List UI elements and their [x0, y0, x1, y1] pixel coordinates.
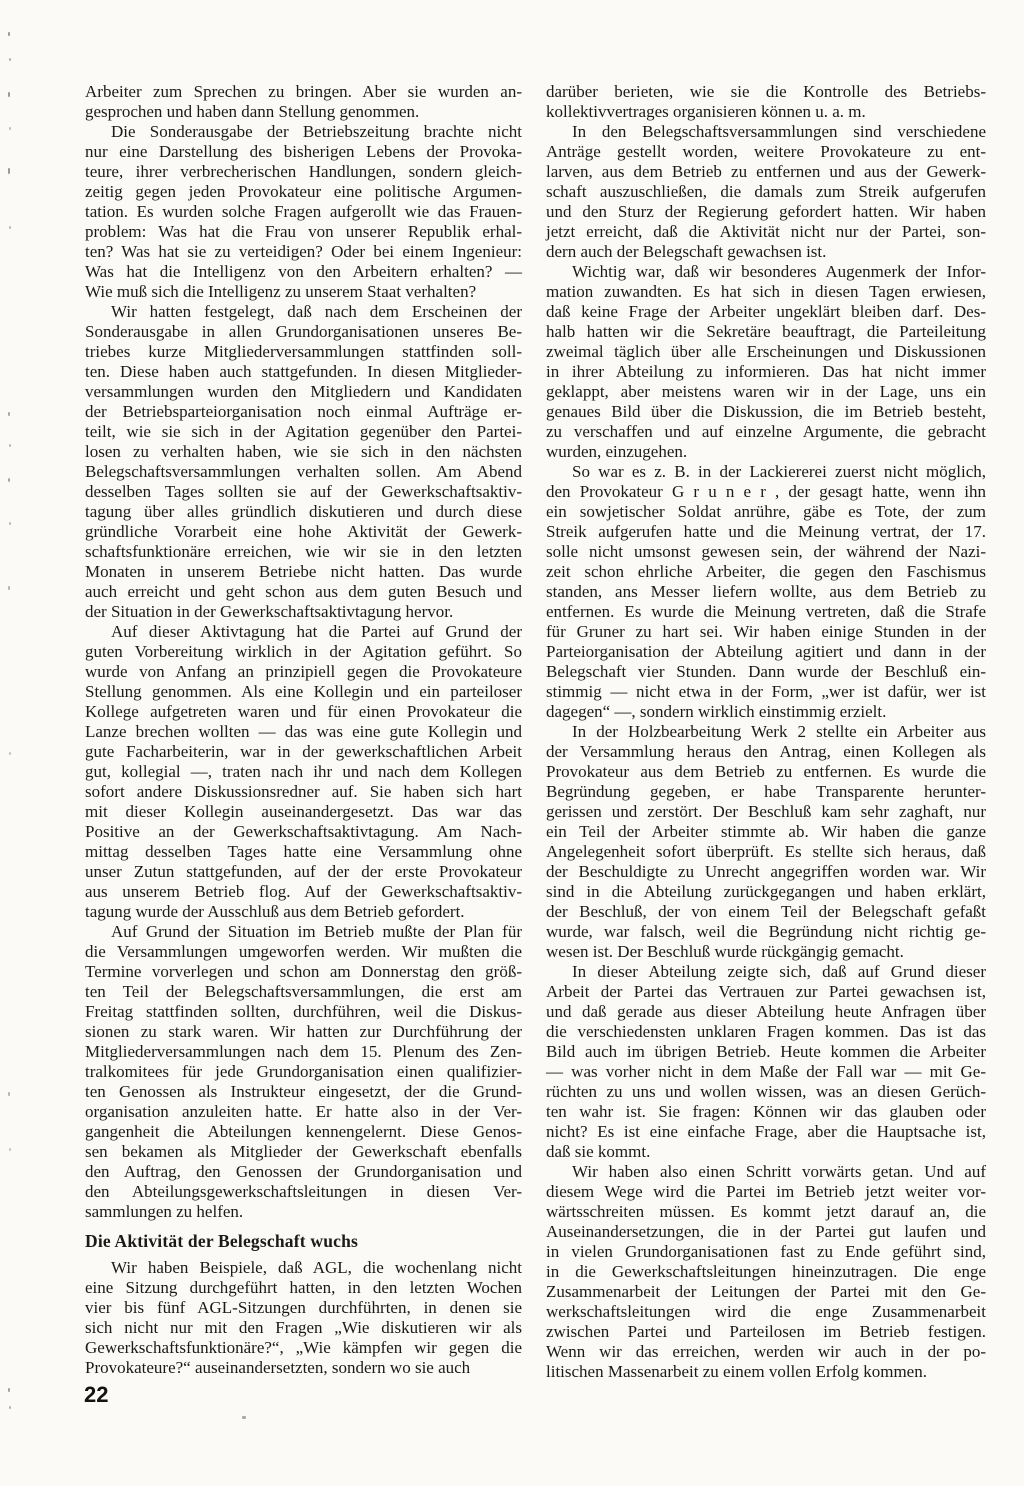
text-line: Auf dieser Aktivtagung hat die Partei au… — [85, 622, 522, 642]
text-line: ten Genossen als Instrukteur eingesetzt,… — [85, 1082, 522, 1102]
text-line: werkschaftsleitungen wird die enge Zusam… — [546, 1302, 986, 1322]
right-text-column: darüber berieten, wie sie die Kontrolle … — [546, 82, 986, 1382]
section-heading: Die Aktivität der Belegschaft wuchs — [85, 1231, 522, 1252]
text-line: mittag desselben Tages hatte eine Versam… — [85, 842, 522, 862]
paragraph: Wir haben Beispiele, daß AGL, die wochen… — [85, 1258, 522, 1378]
text-line: der Versammlung heraus den Antrag, einen… — [546, 742, 986, 762]
text-line: zeitig gegen jeden Provokateur eine poli… — [85, 182, 522, 202]
text-line: gerissen und zerstört. Der Beschluß kam … — [546, 802, 986, 822]
text-line: guten Vorbereitung wirklich in der Agita… — [85, 642, 522, 662]
text-line: Freitag stattfinden sollten, durchführen… — [85, 1002, 522, 1022]
text-line: jetzt erreicht, daß die Aktivität nicht … — [546, 222, 986, 242]
scan-speck — [8, 92, 10, 97]
text-line: halb hatten wir die Sekretäre beauftragt… — [546, 322, 986, 342]
text-line: In den Belegschaftsversammlungen sind ve… — [546, 122, 986, 142]
text-line: wurde, war falsch, weil die Begründung n… — [546, 922, 986, 942]
text-line: entfernen. Es wurde die Meinung vertrete… — [546, 602, 986, 622]
text-line: zweimal täglich über alle Erscheinungen … — [546, 342, 986, 362]
text-line: tagung wurde der Ausschluß aus dem Betri… — [85, 902, 522, 922]
text-line: — was vorher nicht in dem Maße der Fall … — [546, 1062, 986, 1082]
scan-speck — [8, 478, 10, 482]
paragraph: In dieser Abteilung zeigte sich, daß auf… — [546, 962, 986, 1162]
text-line: Belegschaft vier Stunden. Dann wurde der… — [546, 662, 986, 682]
text-line: problem: Was hat die Frau von unserer Re… — [85, 222, 522, 242]
text-line: in vielen Grundorganisationen fast zu En… — [546, 1242, 986, 1262]
scan-speck — [9, 522, 11, 525]
text-line: solle nicht umsonst gewesen sein, der wä… — [546, 542, 986, 562]
scan-speck — [9, 752, 11, 755]
text-line: Monaten in unserem Betriebe nicht hatten… — [85, 562, 522, 582]
text-line: Parteiorganisation der Abteilung agitier… — [546, 642, 986, 662]
text-line: geklappt, aber meistens waren wir in der… — [546, 382, 986, 402]
text-line: Gewerkschaftsfunktionäre?“, „Wie kämpfen… — [85, 1338, 522, 1358]
text-line: mit dieser Kollegin auseinandergesetzt. … — [85, 802, 522, 822]
text-line: für Gruner zu hart sei. Wir haben einige… — [546, 622, 986, 642]
text-line: zeit schon ehrliche Arbeiter, die gegen … — [546, 562, 986, 582]
text-line: Arbeit der Partei das Vertrauen zur Part… — [546, 982, 986, 1002]
text-line: aus unserem Betrieb flog. Auf der Gewerk… — [85, 882, 522, 902]
scan-speck — [8, 1388, 10, 1392]
page-number: 22 — [84, 1382, 108, 1408]
text-line: gesprochen und haben dann Stellung genom… — [85, 102, 522, 122]
text-line: schaft auszuschließen, die damals zum St… — [546, 182, 986, 202]
scan-speck — [8, 1092, 10, 1096]
text-line: ten Teil der Belegschaftsversammlungen, … — [85, 982, 522, 1002]
text-line: nicht? Es ist eine einfache Frage, aber … — [546, 1122, 986, 1142]
text-line: sionen zu stark waren. Wir hatten zur Du… — [85, 1022, 522, 1042]
text-line: gründliche Vorarbeit eine hohe Aktivität… — [85, 522, 522, 542]
text-line: rüchten zu uns und wollen wissen, was an… — [546, 1082, 986, 1102]
left-text-column: Arbeiter zum Sprechen zu bringen. Aber s… — [85, 82, 522, 1382]
scan-speck — [9, 127, 11, 130]
text-line: daß sie kommt. — [546, 1142, 986, 1162]
text-line: sen bekamen als Mitglieder der Gewerksch… — [85, 1142, 522, 1162]
text-line: Lanze brechen wollten — das was eine gut… — [85, 722, 522, 742]
scan-speck — [8, 586, 10, 590]
paragraph: Arbeiter zum Sprechen zu bringen. Aber s… — [85, 82, 522, 122]
text-line: Arbeiter zum Sprechen zu bringen. Aber s… — [85, 82, 522, 102]
scan-speck — [9, 58, 11, 61]
scan-speck — [9, 444, 11, 447]
text-line: In dieser Abteilung zeigte sich, daß auf… — [546, 962, 986, 982]
text-line: larven, aus dem Betrieb zu entfernen und… — [546, 162, 986, 182]
text-line: zu verschaffen und auf einzelne Argument… — [546, 422, 986, 442]
text-line: der Betriebsparteiorganisation noch einm… — [85, 402, 522, 422]
text-line: dagegen“ —, sondern wirklich einstimmig … — [546, 702, 986, 722]
scan-speck — [9, 226, 11, 229]
text-line: tagung über alles gründlich diskutieren … — [85, 502, 522, 522]
text-line: versammlungen wurden den Mitgliedern und… — [85, 382, 522, 402]
text-line: Zusammenarbeit der Leitungen der Partei … — [546, 1282, 986, 1302]
text-line: sind in die Abteilung zurückgegangen und… — [546, 882, 986, 902]
text-line: Wir haben also einen Schritt vorwärts ge… — [546, 1162, 986, 1182]
text-line: ein Teil der Arbeiter stimmte ab. Wir ha… — [546, 822, 986, 842]
text-line: gute Facharbeiterin, war in der gewerksc… — [85, 742, 522, 762]
text-line: wärtsschreiten müssen. Es kommt jetzt da… — [546, 1202, 986, 1222]
text-line: eine Sitzung durchgeführt hatten, in den… — [85, 1278, 522, 1298]
text-line: Wichtig war, daß wir besonderes Augenmer… — [546, 262, 986, 282]
scan-speck — [242, 1416, 246, 1419]
text-line: stimmig — nicht etwa in der Form, „wer i… — [546, 682, 986, 702]
paragraph: Wir hatten festgelegt, daß nach dem Ersc… — [85, 302, 522, 622]
text-line: wesen ist. Der Beschluß wurde rückgängig… — [546, 942, 986, 962]
text-line: und den Sturz der Regierung gefordert ha… — [546, 202, 986, 222]
text-line: Kollege aufgetreten waren und für einen … — [85, 702, 522, 722]
text-line: Belegschaftsversammlungen verhalten soll… — [85, 462, 522, 482]
text-line: tralkomitees für jede Grundorganisation … — [85, 1062, 522, 1082]
text-line: ten? Was hat sie zu verteidigen? Oder be… — [85, 242, 522, 262]
text-line: Provokateure?“ auseinandersetzten, sonde… — [85, 1358, 522, 1378]
text-line: In der Holzbearbeitung Werk 2 stellte ei… — [546, 722, 986, 742]
text-line: standen, ans Messer liefern wollte, aus … — [546, 582, 986, 602]
text-line: teilt, wie sie sich in der Agitation geg… — [85, 422, 522, 442]
text-line: Die Sonderausgabe der Betriebszeitung br… — [85, 122, 522, 142]
scan-speck — [9, 1406, 11, 1409]
text-line: die Versammlungen umgeworfen werden. Wir… — [85, 942, 522, 962]
text-line: mation zuwandten. Es hat sich in diesen … — [546, 282, 986, 302]
text-line: die verschiedensten unklaren Fragen komm… — [546, 1022, 986, 1042]
text-line: Wie muß sich die Intelligenz zu unserem … — [85, 282, 522, 302]
text-line: Begründung gegeben, er habe Transparente… — [546, 782, 986, 802]
text-line: Wenn wir das erreichen, werden wir auch … — [546, 1342, 986, 1362]
scanned-magazine-page: Arbeiter zum Sprechen zu bringen. Aber s… — [0, 0, 1024, 1486]
text-line: triebes kurze Mitgliederversammlungen st… — [85, 342, 522, 362]
text-line: sich nicht nur mit den Fragen „Wie disku… — [85, 1318, 522, 1338]
text-line: teure, ihrer verbrecherischen Handlungen… — [85, 162, 522, 182]
text-line: zwischen Partei und Parteilosen im Betri… — [546, 1322, 986, 1342]
text-line: So war es z. B. in der Lackiererei zuers… — [546, 462, 986, 482]
text-line: den Provokateur G r u n e r , der gesagt… — [546, 482, 986, 502]
text-line: tation. Es wurden solche Fragen aufgerol… — [85, 202, 522, 222]
text-line: genaues Bild über die Diskussion, die im… — [546, 402, 986, 422]
text-line: ten wahr ist. Sie fragen: Können wir das… — [546, 1102, 986, 1122]
scan-speck — [8, 412, 10, 416]
text-line: kollektivvertrages organisieren können u… — [546, 102, 986, 122]
text-line: sammlungen zu helfen. — [85, 1202, 522, 1222]
paragraph: Wir haben also einen Schritt vorwärts ge… — [546, 1162, 986, 1382]
text-line: daß keine Frage der Arbeiter ungeklärt b… — [546, 302, 986, 322]
text-line: sofort andere Diskussionsredner auf. Sie… — [85, 782, 522, 802]
text-line: Anträge gestellt worden, weitere Provoka… — [546, 142, 986, 162]
text-line: litischen Massenarbeit zu einem vollen E… — [546, 1362, 986, 1382]
paragraph: Die Sonderausgabe der Betriebszeitung br… — [85, 122, 522, 302]
text-line: wurden, einzugehen. — [546, 442, 986, 462]
text-line: den Auftrag, den Genossen der Grundorgan… — [85, 1162, 522, 1182]
paragraph: Wichtig war, daß wir besonderes Augenmer… — [546, 262, 986, 462]
text-line: Streik aufgerufen hatte und die Meinung … — [546, 522, 986, 542]
text-line: Wir haben Beispiele, daß AGL, die wochen… — [85, 1258, 522, 1278]
paragraph: Auf dieser Aktivtagung hat die Partei au… — [85, 622, 522, 922]
text-line: in ihrer Abteilung zu informieren. Das h… — [546, 362, 986, 382]
text-line: vier bis fünf AGL-Sitzungen durchführten… — [85, 1298, 522, 1318]
paragraph: darüber berieten, wie sie die Kontrolle … — [546, 82, 986, 122]
text-line: Positive an der Gewerkschaftsaktivtagung… — [85, 822, 522, 842]
text-line: Angelegenheit sofort überprüft. Es stell… — [546, 842, 986, 862]
text-line: darüber berieten, wie sie die Kontrolle … — [546, 82, 986, 102]
text-line: Auf Grund der Situation im Betrieb mußte… — [85, 922, 522, 942]
text-line: schaftsfunktionäre erreichen, wie wir si… — [85, 542, 522, 562]
text-line: Was hat die Intelligenz von den Arbeiter… — [85, 262, 522, 282]
text-line: nur eine Darstellung des bisherigen Lebe… — [85, 142, 522, 162]
text-line: Bild auch im übrigen Betrieb. Heute komm… — [546, 1042, 986, 1062]
text-line: organisation anzuleiten hatte. Er hatte … — [85, 1102, 522, 1122]
paragraph: So war es z. B. in der Lackiererei zuers… — [546, 462, 986, 722]
scan-speck — [8, 32, 10, 36]
text-line: gangenheit die Abteilungen kennengelernt… — [85, 1122, 522, 1142]
text-line: dern auch der Belegschaft gewachsen ist. — [546, 242, 986, 262]
text-line: Wir hatten festgelegt, daß nach dem Ersc… — [85, 302, 522, 322]
text-line: Provokateur aus dem Betrieb zu entfernen… — [546, 762, 986, 782]
text-columns: Arbeiter zum Sprechen zu bringen. Aber s… — [85, 82, 986, 1382]
text-line: losen zu verhalten haben, wie sie sich i… — [85, 442, 522, 462]
paragraph: Auf Grund der Situation im Betrieb mußte… — [85, 922, 522, 1222]
text-line: Termine vorverlegen und schon am Donners… — [85, 962, 522, 982]
text-line: wurde von Anfang an prinzipiell gegen di… — [85, 662, 522, 682]
text-line: unser Zutun stattgefunden, auf der der e… — [85, 862, 522, 882]
text-line: den Abteilungsgewerkschaftsleitungen in … — [85, 1182, 522, 1202]
text-line: Sonderausgabe in allen Grundorganisation… — [85, 322, 522, 342]
text-line: Mitgliederversammlungen nach dem 15. Ple… — [85, 1042, 522, 1062]
text-line: auch erreicht und geht schon aus dem gut… — [85, 582, 522, 602]
scan-speck — [9, 1148, 11, 1151]
text-line: desselben Tages sollten sie auf der Gewe… — [85, 482, 522, 502]
paragraph: In den Belegschaftsversammlungen sind ve… — [546, 122, 986, 262]
text-line: gut, kollegial —, traten nach ihr und na… — [85, 762, 522, 782]
text-line: ein sowjetischer Soldat anrühre, gäbe es… — [546, 502, 986, 522]
text-line: der Beschluß, der von einem Teil der Bel… — [546, 902, 986, 922]
text-line: der Situation in der Gewerkschaftsaktivt… — [85, 602, 522, 622]
text-line: Stellung genommen. Als eine Kollegin und… — [85, 682, 522, 702]
text-line: Auseinandersetzungen, die in der Partei … — [546, 1222, 986, 1242]
text-line: und daß gerade aus dieser Abteilung heut… — [546, 1002, 986, 1022]
text-line: diesem Wege wird die Partei im Betrieb j… — [546, 1182, 986, 1202]
text-line: in die Gewerkschaftsleitungen hineinzutr… — [546, 1262, 986, 1282]
text-line: ten. Diese haben auch stattgefunden. In … — [85, 362, 522, 382]
text-line: der Beschuldigte zu Unrecht angegriffen … — [546, 862, 986, 882]
scan-speck — [8, 168, 10, 174]
paragraph: In der Holzbearbeitung Werk 2 stellte ei… — [546, 722, 986, 962]
